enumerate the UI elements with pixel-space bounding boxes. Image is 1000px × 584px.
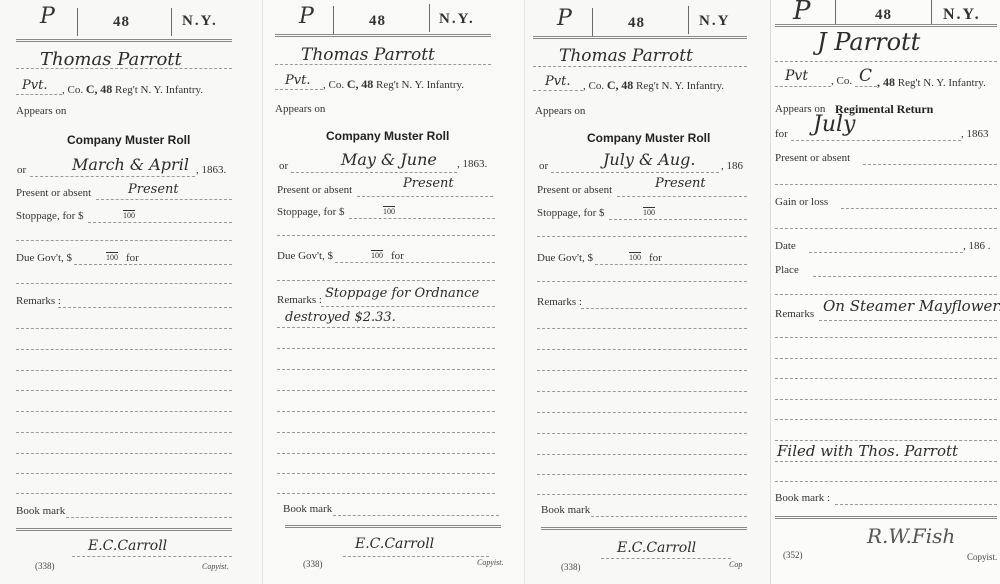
- filed-note: Filed with Thos. Parrott: [777, 442, 958, 460]
- date-year: , 186 .: [963, 240, 991, 252]
- remarks-text-line-1: Stoppage for Ordnance: [325, 286, 479, 301]
- present-label: Present or absent: [16, 187, 91, 199]
- header-divider: [688, 6, 689, 34]
- form-number: (338): [561, 562, 581, 572]
- header-letter: P: [557, 6, 572, 31]
- remarks-line: [775, 337, 997, 338]
- stoppage-line: [609, 219, 747, 220]
- due-gov-line: [595, 264, 747, 265]
- soldier-name: J Parrott: [817, 28, 920, 56]
- remarks-line: [775, 399, 997, 400]
- remarks-label: Remarks :: [537, 296, 582, 308]
- copyist-signature: E.C.Carroll: [88, 538, 167, 554]
- remarks-line: [16, 432, 232, 433]
- remarks-label: Remarks :: [277, 294, 322, 306]
- appears-on-label: Appears on: [275, 103, 325, 115]
- stoppage-line: [349, 218, 495, 219]
- period-prefix: or: [279, 160, 288, 172]
- remarks-line: [277, 453, 495, 454]
- due-for-label: for: [391, 250, 404, 262]
- remarks-line: [16, 349, 232, 350]
- remarks-line: [16, 411, 232, 412]
- blank-line: [277, 280, 495, 281]
- remarks-line: [775, 378, 997, 379]
- company-line: , Co. C, 48 Reg't N. Y. Infantry.: [323, 77, 464, 92]
- gain-loss-label: Gain or loss: [775, 196, 828, 208]
- soldier-name: Thomas Parrott: [40, 49, 182, 70]
- remarks-line: [16, 453, 232, 454]
- bookmark-line: [591, 516, 747, 517]
- rank-line: [533, 90, 583, 91]
- company-letter: C: [859, 66, 872, 86]
- blank-line: [775, 481, 997, 482]
- remarks-text-line-2: destroyed $2.33.: [285, 310, 396, 325]
- present-line: [357, 196, 493, 197]
- copyist-label: Cop: [729, 560, 742, 569]
- due-gov-line: [335, 262, 495, 263]
- remarks-line: [277, 473, 495, 474]
- name-line: [775, 61, 997, 62]
- roll-type: Company Muster Roll: [67, 133, 190, 147]
- header-state: N.Y.: [439, 11, 475, 28]
- date-line: [809, 252, 963, 253]
- header-rule: [775, 24, 997, 27]
- due-gov-amount: 100: [371, 251, 383, 260]
- rank: Pvt: [785, 68, 808, 84]
- signature-line: [601, 558, 731, 559]
- remarks-line: [537, 474, 747, 475]
- place-label: Place: [775, 264, 799, 276]
- blank-line: [775, 294, 997, 295]
- bookmark-line: [333, 515, 499, 516]
- regimental-return-card-july: P 48 N.Y. J Parrott Pvt , Co. C , 48 Reg…: [770, 0, 1000, 584]
- header-rule: [533, 36, 747, 39]
- year: , 1863: [961, 128, 989, 140]
- year: , 1863.: [457, 158, 487, 170]
- remarks-line: [537, 370, 747, 371]
- header-divider: [429, 4, 430, 32]
- copyist-signature: R.W.Fish: [867, 524, 955, 548]
- co-prefix: , Co.: [831, 75, 852, 87]
- due-gov-amount: 100: [106, 253, 118, 262]
- present-value: Present: [403, 176, 454, 191]
- name-line: [16, 68, 232, 69]
- rank-line: [275, 89, 323, 90]
- blank-line: [775, 184, 997, 185]
- bookmark-label: Book mark: [283, 503, 332, 515]
- remarks-line: [16, 328, 232, 329]
- due-gov-label: Due Gov't, $: [537, 252, 593, 264]
- copyist-signature: E.C.Carroll: [617, 540, 696, 556]
- remarks-text: On Steamer Mayflower.: [823, 297, 1000, 315]
- rank-line: [16, 94, 62, 95]
- remarks-line: [277, 432, 495, 433]
- header-letter: P: [299, 4, 314, 29]
- remarks-line: [277, 348, 495, 349]
- remarks-line: [537, 328, 747, 329]
- appears-on-label: Appears on: [16, 105, 66, 117]
- stoppage-amount: 100: [123, 211, 135, 220]
- present-label: Present or absent: [537, 184, 612, 196]
- company-line: , Co. C, 48 Reg't N. Y. Infantry.: [62, 82, 203, 97]
- muster-card-march-april: P 48 N.Y. Thomas Parrott Pvt. , Co. C, 4…: [0, 0, 262, 584]
- stoppage-label: Stoppage, for $: [537, 207, 605, 219]
- gain-loss-line: [841, 208, 997, 209]
- form-number: (338): [35, 561, 55, 571]
- bottom-rule: [541, 527, 747, 530]
- copyist-label: Copyist.: [202, 562, 228, 571]
- bookmark-label: Book mark :: [775, 492, 830, 504]
- due-gov-label: Due Gov't, $: [277, 250, 333, 262]
- signature-line: [343, 556, 489, 557]
- date-label: Date: [775, 240, 796, 252]
- blank-line: [16, 240, 232, 241]
- place-line: [813, 276, 997, 277]
- present-label: Present or absent: [277, 184, 352, 196]
- header-letter: P: [793, 0, 811, 26]
- stoppage-label: Stoppage, for $: [16, 210, 84, 222]
- muster-card-may-june: P 48 N.Y. Thomas Parrott Pvt. , Co. C, 4…: [262, 0, 524, 584]
- present-line: [863, 164, 997, 165]
- header-state: N.Y.: [943, 6, 981, 24]
- present-value: Present: [128, 182, 179, 197]
- remarks-line: [277, 411, 495, 412]
- blank-line: [537, 281, 747, 282]
- rank: Pvt.: [285, 73, 310, 88]
- remarks-line: [775, 358, 997, 359]
- year: , 186: [721, 160, 743, 172]
- form-number: (338): [303, 559, 323, 569]
- remarks-line: [537, 349, 747, 350]
- present-line: [96, 199, 232, 200]
- remarks-line: [16, 493, 232, 494]
- present-value: Present: [655, 176, 706, 191]
- period-prefix: for: [775, 128, 788, 140]
- remarks-line: [537, 391, 747, 392]
- period-prefix: or: [17, 164, 26, 176]
- period-value: July: [813, 112, 855, 137]
- period-value: March & April: [72, 155, 189, 174]
- remarks-line: [819, 320, 997, 321]
- remarks-line: [277, 493, 495, 494]
- period-line: [291, 172, 457, 173]
- present-label: Present or absent: [775, 152, 850, 164]
- remarks-line: [16, 370, 232, 371]
- remarks-line: [775, 440, 997, 441]
- rank: Pvt.: [545, 74, 570, 89]
- name-line: [533, 66, 747, 67]
- remarks-line: [277, 327, 495, 328]
- blank-line: [16, 283, 232, 284]
- header-divider: [333, 6, 334, 34]
- company-line-suffix: , 48 Reg't N. Y. Infantry.: [877, 75, 986, 90]
- header-divider: [835, 0, 836, 24]
- remarks-line: [537, 454, 747, 455]
- header-regiment: 48: [369, 13, 386, 30]
- year: , 1863.: [196, 164, 226, 176]
- header-divider: [592, 8, 593, 36]
- bottom-rule: [16, 528, 232, 531]
- blank-line: [277, 235, 495, 236]
- remarks-line: [16, 473, 232, 474]
- due-gov-line: [74, 264, 232, 265]
- stoppage-line: [88, 222, 232, 223]
- period-line: [551, 172, 719, 173]
- header-divider: [931, 0, 932, 24]
- header-regiment: 48: [628, 15, 645, 32]
- roll-type: Company Muster Roll: [587, 131, 710, 145]
- remarks-line: [321, 306, 495, 307]
- bottom-rule: [775, 516, 997, 519]
- remarks-line: [537, 433, 747, 434]
- remarks-line: [16, 390, 232, 391]
- due-for-label: for: [649, 252, 662, 264]
- company-line: , Co. C, 48 Reg't N. Y. Infantry.: [583, 78, 724, 93]
- present-line: [617, 196, 747, 197]
- copyist-label: Copyist.: [477, 558, 503, 567]
- form-number: (352): [783, 550, 803, 560]
- remarks-line: [581, 308, 747, 309]
- blank-line: [775, 228, 997, 229]
- rank: Pvt.: [22, 78, 47, 93]
- roll-type: Company Muster Roll: [326, 129, 449, 143]
- signature-line: [72, 556, 232, 557]
- soldier-name: Thomas Parrott: [301, 45, 435, 65]
- header-rule: [16, 39, 232, 42]
- bottom-rule: [285, 525, 501, 528]
- remarks-line: [58, 307, 232, 308]
- appears-on-label: Appears on: [535, 105, 585, 117]
- stoppage-amount: 100: [383, 207, 395, 216]
- period-prefix: or: [539, 160, 548, 172]
- period-line: [30, 176, 195, 177]
- bookmark-label: Book mark: [16, 505, 65, 517]
- filed-line: [775, 461, 997, 462]
- header-rule: [275, 34, 491, 37]
- period-line: [791, 140, 961, 141]
- name-line: [275, 64, 491, 65]
- due-gov-label: Due Gov't, $: [16, 252, 72, 264]
- header-divider: [171, 8, 172, 36]
- header-divider: [77, 8, 78, 36]
- header-regiment: 48: [113, 14, 130, 31]
- remarks-line: [775, 419, 997, 420]
- stoppage-label: Stoppage, for $: [277, 206, 345, 218]
- blank-line: [537, 236, 747, 237]
- company-line: [855, 86, 877, 87]
- due-for-label: for: [126, 252, 139, 264]
- remarks-line: [537, 412, 747, 413]
- period-value: July & Aug.: [603, 150, 695, 169]
- header-letter: P: [40, 4, 55, 29]
- soldier-name: Thomas Parrott: [559, 46, 693, 66]
- header-regiment: 48: [875, 7, 892, 24]
- header-state: N.Y: [699, 13, 730, 30]
- bookmark-line: [66, 517, 232, 518]
- muster-card-july-aug: P 48 N.Y Thomas Parrott Pvt. , Co. C, 48…: [524, 0, 770, 584]
- remarks-line: [277, 390, 495, 391]
- remarks-label: Remarks: [775, 308, 814, 320]
- header-state: N.Y.: [182, 13, 218, 30]
- due-gov-amount: 100: [629, 253, 641, 262]
- bookmark-label: Book mark: [541, 504, 590, 516]
- copyist-label: Copyist.: [967, 552, 997, 562]
- remarks-label: Remarks :: [16, 295, 61, 307]
- rank-line: [775, 86, 831, 87]
- stoppage-amount: 100: [643, 208, 655, 217]
- remarks-line: [277, 369, 495, 370]
- remarks-line: [537, 494, 747, 495]
- period-value: May & June: [341, 150, 437, 169]
- bookmark-line: [835, 504, 997, 505]
- copyist-signature: E.C.Carroll: [355, 536, 434, 552]
